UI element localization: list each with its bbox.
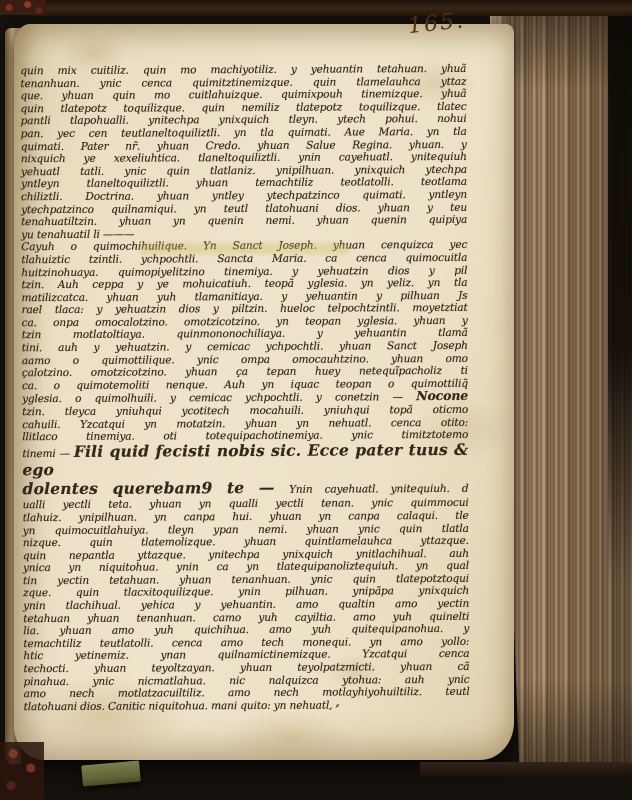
marbled-cover-corner-top [0, 0, 46, 15]
ribbon-bookmark [81, 761, 141, 787]
handwritten-text: yu tenahuatil li ——— [21, 228, 134, 241]
manuscript-line: tinemi — Fili quid fecisti nobis sic. Ec… [22, 442, 468, 481]
book-cover-top-edge [30, 0, 632, 16]
handwritten-text: tenahuatiltzin. yhuan yn quenin nemi. yh… [21, 214, 467, 228]
background-shadow [608, 16, 632, 616]
manuscript-line: tlatohuani dios. Canitic niquitohua. man… [24, 699, 470, 714]
handwritten-text: tinemi — [22, 448, 74, 460]
ink-smudge [140, 243, 350, 254]
marbled-cover-corner-bottom [0, 742, 44, 800]
latin-quote-text: Fili quid fecisti nobis sic. Ecce pater … [22, 440, 468, 480]
manuscript-line: amo nech motlatzacuiltiliz. amo nech mot… [24, 686, 470, 701]
manuscript-line: dolentes querebam9 te — Ynin cayehuatl. … [22, 479, 468, 500]
manuscript-text-block: quin mix cuitiliz. quin mo machiyotiliz.… [20, 63, 469, 714]
manuscript-page: quin mix cuitiliz. quin mo machiyotiliz.… [14, 24, 514, 760]
handwritten-text: Ynin cayehuatl. ynitequiuh. d [289, 483, 469, 496]
latin-quote-text: dolentes querebam9 te — [22, 478, 289, 498]
manuscript-photo: quin mix cuitiliz. quin mo machiyotiliz.… [0, 0, 632, 800]
handwritten-text: tlatohuani dios. Canitic niquitohua. man… [24, 699, 339, 713]
manuscript-line: tenahuatiltzin. yhuan yn quenin nemi. yh… [21, 214, 467, 229]
book-board-bottom-edge [420, 762, 632, 776]
handwritten-text: Nocone [416, 388, 468, 403]
handwritten-text: amo nech motlatzacuiltiliz. amo nech mot… [24, 686, 470, 700]
